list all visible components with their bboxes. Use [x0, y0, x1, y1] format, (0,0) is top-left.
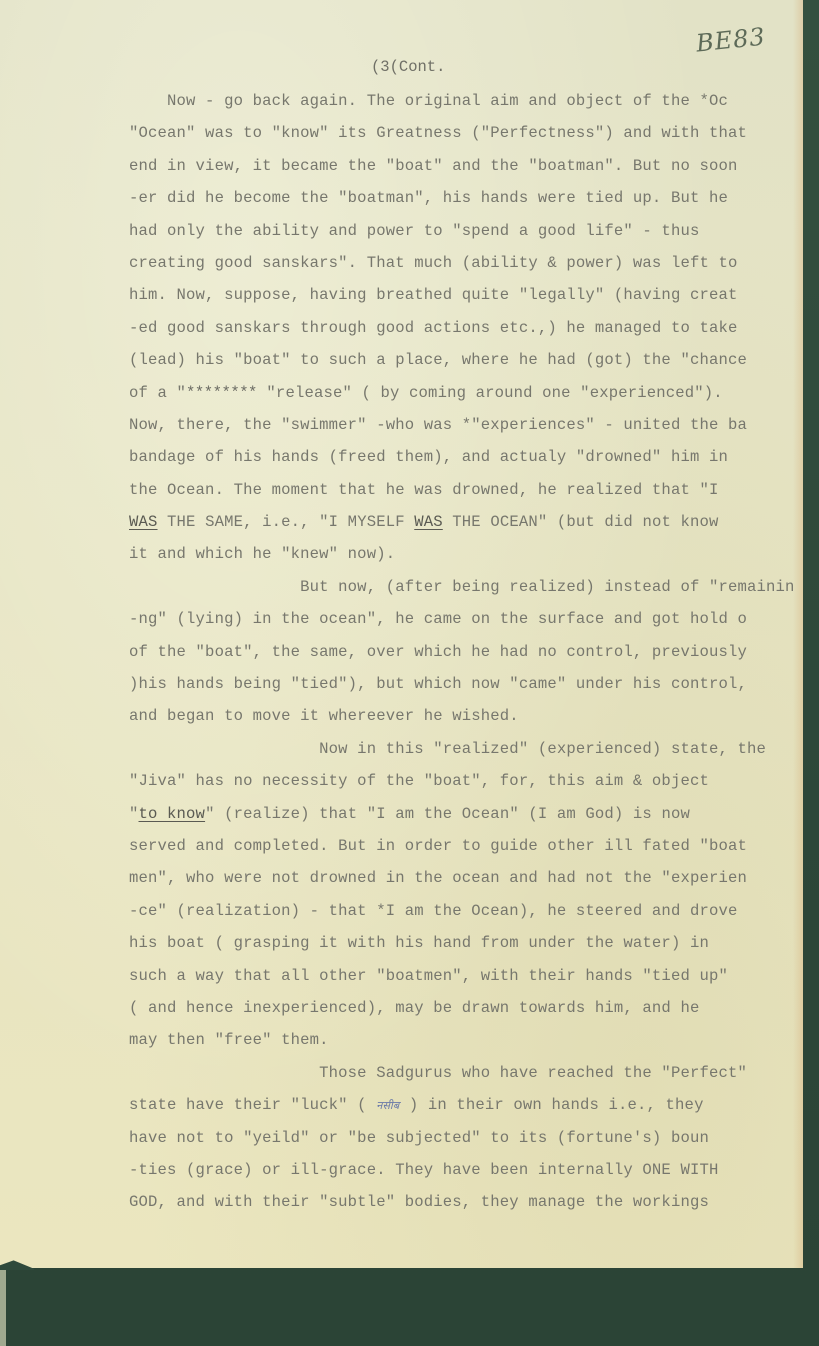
torn-corner: [0, 1258, 34, 1270]
handwritten-archive-number: BE83: [695, 22, 767, 57]
text-line: -ties (grace) or ill-grace. They have be…: [129, 1158, 819, 1190]
text-line: Now - go back again. The original aim an…: [129, 89, 819, 121]
handwritten-annotation: नसीब: [376, 1099, 399, 1112]
text-line: end in view, it became the "boat" and th…: [129, 154, 819, 186]
underlined-word: WAS: [414, 513, 443, 531]
struck-out-word: ********: [186, 384, 257, 402]
text-line: bandage of his hands (freed them), and a…: [129, 445, 819, 477]
text-line: of the "boat", the same, over which he h…: [129, 640, 819, 672]
page-heading: (3(Cont.: [371, 58, 445, 76]
text-line: "Jiva" has no necessity of the "boat", f…: [129, 769, 819, 801]
text-line: of a "******** "release" ( by coming aro…: [129, 381, 819, 413]
text-line: "to know" (realize) that "I am the Ocean…: [129, 802, 819, 834]
text-line: Those Sadgurus who have reached the "Per…: [129, 1061, 819, 1093]
text-line: GOD, and with their "subtle" bodies, the…: [129, 1190, 819, 1222]
text-line: -ed good sanskars through good actions e…: [129, 316, 819, 348]
text-line: "Ocean" was to "know" its Greatness ("Pe…: [129, 121, 819, 153]
text-line: and began to move it whereever he wished…: [129, 704, 819, 736]
text-line: his boat ( grasping it with his hand fro…: [129, 931, 819, 963]
text-line: Now, there, the "swimmer" -who was *"exp…: [129, 413, 819, 445]
text-line: may then "free" them.: [129, 1028, 819, 1060]
text-line: -er did he become the "boatman", his han…: [129, 186, 819, 218]
text-line: it and which he "knew" now).: [129, 542, 819, 574]
text-line: But now, (after being realized) instead …: [129, 575, 819, 607]
scanner-edge-strip: [0, 1265, 6, 1346]
text-line: him. Now, suppose, having breathed quite…: [129, 283, 819, 315]
text-line: ( and hence inexperienced), may be drawn…: [129, 996, 819, 1028]
text-line: had only the ability and power to "spend…: [129, 219, 819, 251]
text-line: state have their "luck" ( नसीब ) in thei…: [129, 1093, 819, 1125]
text-line: )his hands being "tied"), but which now …: [129, 672, 819, 704]
text-line: (lead) his "boat" to such a place, where…: [129, 348, 819, 380]
text-line: Now in this "realized" (experienced) sta…: [129, 737, 819, 769]
text-line: men", who were not drowned in the ocean …: [129, 866, 819, 898]
text-line: -ng" (lying) in the ocean", he came on t…: [129, 607, 819, 639]
typewritten-page: BE83 (3(Cont. Now - go back again. The o…: [0, 0, 803, 1268]
text-line: served and completed. But in order to gu…: [129, 834, 819, 866]
text-line: such a way that all other "boatmen", wit…: [129, 964, 819, 996]
typewritten-body: Now - go back again. The original aim an…: [129, 89, 819, 1223]
underlined-word: WAS: [129, 513, 158, 531]
text-line: the Ocean. The moment that he was drowne…: [129, 478, 819, 510]
underlined-phrase: to know: [139, 805, 206, 823]
text-line: have not to "yeild" or "be subjected" to…: [129, 1126, 819, 1158]
text-line: creating good sanskars". That much (abil…: [129, 251, 819, 283]
text-line: WAS THE SAME, i.e., "I MYSELF WAS THE OC…: [129, 510, 819, 542]
text-line: -ce" (realization) - that *I am the Ocea…: [129, 899, 819, 931]
